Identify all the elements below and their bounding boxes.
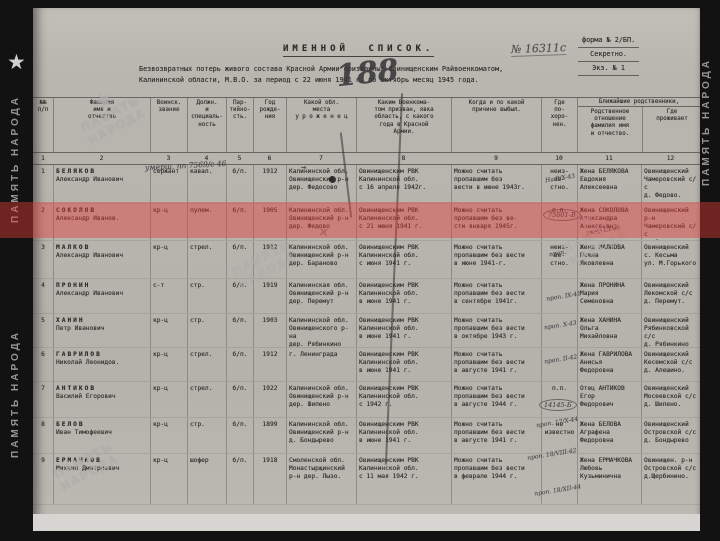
handwritten-field-post-number: 14145-Б (539, 399, 577, 411)
cell-birth-year: 1899 (253, 418, 286, 453)
cell-burial: неиз- ве- стно. (541, 241, 577, 278)
cell-surname: МАЛКОВ (56, 244, 148, 252)
cell-surname: АНТИКОВ (56, 385, 148, 393)
pamyat-naroda-star-icon: ★ (7, 50, 26, 74)
cell-birth-year: 1918 (253, 454, 286, 504)
cell-given-name: Александр Иванович (56, 290, 123, 297)
cell-surname: ЕРМАЧКОВ (56, 457, 148, 465)
col-header-duty: Должн. и специаль- ность (187, 98, 226, 152)
document-title: ИМЕННОЙ СПИСОК. (283, 44, 434, 57)
col-header-relative: Родственное отношение фамилия имя и отче… (578, 107, 642, 152)
cell-surname: СОКОЛОВ (56, 207, 148, 215)
col-header-rank: Воинск. звание (150, 98, 187, 152)
col-header-birthplace: Какой обл. места у р о ж е н е ц (286, 98, 356, 152)
relatives-group-header: Ближайшие родственники, (578, 98, 700, 107)
cell-residence: Овинищенский Чамеровский с/с д. Федово. (641, 165, 700, 203)
cell-duty: стрел. (187, 241, 226, 278)
cell-name: ГАВРИЛОВНиколай Леонидов. (53, 348, 150, 381)
cell-fate: Можно считать пропавшим без вести в сент… (451, 279, 541, 313)
cell-duty: кавал. (187, 165, 226, 203)
col-num: 11 (577, 153, 641, 164)
col-num: 6 (253, 153, 286, 164)
cell-residence: Овинищен. р-н Островской с/с д.Щербинино… (641, 454, 700, 504)
cell-party: б/п. (226, 204, 253, 240)
cell-residence: Овинищенский Рябинковской с/с д. Рябинки… (641, 314, 700, 347)
cell-duty: стр. (187, 418, 226, 453)
cell-rank: кр-ц (150, 204, 187, 240)
table-row: 8 БЕЛОВИван Тимофеевич кр-ц стр. б/п. 18… (33, 418, 700, 454)
cell-rank: кр-ц (150, 348, 187, 381)
cell-given-name: Александр Иванович (56, 176, 123, 183)
table-body: 1 БЕЛЯКОВАлександр Иванович сержант кава… (33, 165, 700, 505)
cell-birthplace: Калининской обл. Овинищенского р-на дер.… (286, 314, 356, 347)
cell-rank: кр-ц (150, 314, 187, 347)
frame-watermark-left-top: ПАМЯТЬ НАРОДА (10, 95, 21, 223)
table-row: 2 СОКОЛОВАлександр Иванов. кр-ц пулем. б… (33, 204, 700, 241)
cell-birth-year: 1903 (253, 314, 286, 347)
secrecy-stamp: Секретно. (578, 48, 639, 62)
cell-fate: Можно считать пропавшим без ве- сти янва… (451, 204, 541, 240)
cell-num: 4 (33, 279, 53, 313)
cell-fate: Можно считать пропавшим без вести в авгу… (451, 382, 541, 417)
cell-drafted-by: Овинищенским РВК Калининской обл. с 11 м… (356, 454, 451, 504)
cell-birth-year: 1912 (253, 348, 286, 381)
cell-party: б/п. (226, 382, 253, 417)
cell-drafted-by: Овинищенским РВК Калининской обл. в июне… (356, 348, 451, 381)
cell-relative: Жена ЕРМАЧКОВА Любовь Кузьминична (577, 454, 641, 504)
cell-name: ХАНИНПетр Иванович (53, 314, 150, 347)
col-header-residence: Где проживает (642, 107, 701, 152)
cell-residence: Овинищенский Островской с/с д. Бондырево (641, 418, 700, 453)
cell-name: ПРОНИНАлександр Иванович (53, 279, 150, 313)
cell-given-name: Василий Егорович (56, 393, 116, 400)
cell-given-name: Александр Иванович (56, 252, 123, 259)
cell-given-name: Николай Леонидов. (56, 359, 119, 366)
cell-residence: Овинищенский Лекомской с/с д. Перемут. (641, 279, 700, 313)
cell-surname: ГАВРИЛОВ (56, 351, 148, 359)
cell-num: 5 (33, 314, 53, 347)
cell-birth-year: 1919 (253, 279, 286, 313)
cell-drafted-by: Овинищенским РВК Калининской обл. в июне… (356, 279, 451, 313)
cell-surname: ПРОНИН (56, 282, 148, 290)
cell-name: СОКОЛОВАлександр Иванов. (53, 204, 150, 240)
cell-drafted-by: Овинищенским РВК Калининской обл. с 1942… (356, 382, 451, 417)
cell-given-name: Петр Иванович (56, 325, 104, 332)
pencil-arrow-mark: → (301, 163, 306, 173)
cell-birth-year: 1922 (253, 382, 286, 417)
table-header-row: №№ п/п Фамилия имя и отчество Воинск. зв… (33, 98, 700, 153)
cell-num: 8 (33, 418, 53, 453)
cell-relative: Жена ГАВРИЛОВА Анисья Федоровна (577, 348, 641, 381)
cell-fate: Можно считать пропавшим без вести в июне… (451, 165, 541, 203)
cell-rank: кр-ц (150, 418, 187, 453)
table-row: 4 ПРОНИНАлександр Иванович с-т стр. б/п.… (33, 279, 700, 314)
handwritten-page-number: 188 (334, 53, 400, 94)
cell-party: б/п. (226, 165, 253, 203)
cell-fate: Можно считать пропавшим без вести в авгу… (451, 418, 541, 453)
cell-party: б/п. (226, 454, 253, 504)
cell-num: 2 (33, 204, 53, 240)
cell-relative: Жена БЕЛОВА Аграфена Федоровна (577, 418, 641, 453)
handwritten-registration-number: № 16311с (511, 41, 567, 57)
cell-birthplace: Калининской обл. Овинищенский р-н дер. Б… (286, 241, 356, 278)
cell-birthplace: Калининской обл. Овинищенский р-н д. Бон… (286, 418, 356, 453)
col-header-num: №№ п/п (33, 98, 53, 152)
cell-birthplace: Смоленской обл. Монастырщинский р-н дер.… (286, 454, 356, 504)
cell-duty: стрел. (187, 348, 226, 381)
cell-party: б/п. (226, 348, 253, 381)
cell-relative: Жена БЕЛЯКОВА Евдокия Алексеевна (577, 165, 641, 203)
cell-drafted-by: Овинищенским РВК Калининской обл. в июне… (356, 418, 451, 453)
cell-birth-year: 1905 (253, 204, 286, 240)
cell-name: ЕРМАЧКОВМихаил Дмитриевич (53, 454, 150, 504)
table-row: 1 БЕЛЯКОВАлександр Иванович сержант кава… (33, 165, 700, 204)
document-viewer: ★ ПАМЯТЬ НАРОДА ПАМЯТЬ НАРОДА ПАМЯТЬ НАР… (0, 0, 720, 541)
casualty-table: №№ п/п Фамилия имя и отчество Воинск. зв… (33, 97, 700, 505)
cell-name: БЕЛОВИван Тимофеевич (53, 418, 150, 453)
cell-duty: стрел. (187, 382, 226, 417)
frame-watermark-right: ПАМЯТЬ НАРОДА (701, 58, 712, 186)
cell-party: б/п. (226, 241, 253, 278)
cell-birthplace: г. Ленинграда (286, 348, 356, 381)
cell-surname: ХАНИН (56, 317, 148, 325)
cell-party: б/п. (226, 279, 253, 313)
cell-relative: Жена МАЛКОВА Павла Яковлевна (577, 241, 641, 278)
cell-relative: Жена ПРОНИНА Мария Семеновна (577, 279, 641, 313)
handwritten-field-post-number: 75601-В (543, 209, 581, 221)
cell-birth-year: 1912 (253, 241, 286, 278)
col-num: 2 (53, 153, 150, 164)
column-numbers-row: 1 2 3 4 5 6 7 8 9 10 11 12 (33, 153, 700, 165)
cell-duty: шофер (187, 454, 226, 504)
cell-drafted-by: Овинищенским РВК Калининской обл. с 16 а… (356, 165, 451, 203)
col-num: 12 (641, 153, 700, 164)
col-num: 10 (541, 153, 577, 164)
col-group-relatives: Ближайшие родственники, Родственное отно… (577, 98, 700, 152)
cell-residence: Овинищенский Мосеевской с/с д. Шипено. (641, 382, 700, 417)
cell-given-name: Александр Иванов. (56, 215, 119, 222)
col-header-name: Фамилия имя и отчество (53, 98, 150, 152)
cell-relative: Отец АНТИКОВ Егор Федорович (577, 382, 641, 417)
cell-relative: Жена ХАНИНА Ольга Михайловна (577, 314, 641, 347)
col-num: 8 (356, 153, 451, 164)
table-row: 5 ХАНИНПетр Иванович кр-ц стр. б/п. 1903… (33, 314, 700, 348)
cell-name: БЕЛЯКОВАлександр Иванович (53, 165, 150, 203)
table-row: 3 МАЛКОВАлександр Иванович кр-ц стрел. б… (33, 241, 700, 279)
table-row: 9 ЕРМАЧКОВМихаил Дмитриевич кр-ц шофер б… (33, 454, 700, 505)
cell-fate: Можно считать пропавшим без вести в авгу… (451, 348, 541, 381)
table-row: 7 АНТИКОВВасилий Егорович кр-ц стрел. б/… (33, 382, 700, 418)
form-stamp: форма № 2/БП. (578, 34, 639, 48)
cell-burial (541, 454, 577, 504)
cell-surname: БЕЛОВ (56, 421, 148, 429)
cell-given-name: Иван Тимофеевич (56, 429, 112, 436)
cell-drafted-by: Овинищенским РВК Калининской обл. с 21 и… (356, 204, 451, 240)
col-header-party: Пар- тийно- сть. (226, 98, 253, 152)
table-row: 6 ГАВРИЛОВНиколай Леонидов. кр-ц стрел. … (33, 348, 700, 382)
col-header-fate: Когда и по какой причине выбыл. (451, 98, 541, 152)
cell-drafted-by: Овинищенским РВК Калининской обл. с июня… (356, 241, 451, 278)
pencil-dot-mark (329, 176, 336, 183)
cell-birth-year: 1912 (253, 165, 286, 203)
cell-party: б/п. (226, 418, 253, 453)
col-header-burial: Где по- хоро- нен. (541, 98, 577, 152)
col-num: 9 (451, 153, 541, 164)
cell-given-name: Михаил Дмитриевич (56, 465, 119, 472)
cell-num: 1 (33, 165, 53, 203)
cell-rank: кр-ц (150, 241, 187, 278)
cell-name: АНТИКОВВасилий Егорович (53, 382, 150, 417)
cell-party: б/п. (226, 314, 253, 347)
cell-residence: Овинищенский с. Кесьма ул. М.Горького (641, 241, 700, 278)
cell-name: МАЛКОВАлександр Иванович (53, 241, 150, 278)
cell-num: 9 (33, 454, 53, 504)
cell-drafted-by: Овинищенским РВК Калининской обл. в июне… (356, 314, 451, 347)
cell-rank: кр-ц (150, 454, 187, 504)
cell-surname: БЕЛЯКОВ (56, 168, 148, 176)
cell-fate: Можно считать пропавшим без вести в октя… (451, 314, 541, 347)
cell-duty: стр. (187, 314, 226, 347)
cell-residence: Овинищенский р-н Чамеровский с/с д. Федо… (641, 204, 700, 240)
cell-num: 6 (33, 348, 53, 381)
cell-birthplace: Калининской обл. Овинищенский р-н дер. Ш… (286, 382, 356, 417)
cell-duty: стр. (187, 279, 226, 313)
cell-rank: с-т (150, 279, 187, 313)
scanned-document-page[interactable]: форма № 2/БП. Секретно. Экз. № 1 ИМЕННОЙ… (33, 8, 700, 531)
cell-rank: кр-ц (150, 382, 187, 417)
cell-birthplace: Калининская обл. Овинищенский р-н дер. П… (286, 279, 356, 313)
col-header-drafted: Каким Военкома- том призван, явка област… (356, 98, 451, 152)
col-num: 1 (33, 153, 53, 164)
cell-fate: Можно считать пропавшим без вести в июне… (451, 241, 541, 278)
cell-residence: Овинищенский Кесемской с/с д. Алешино. (641, 348, 700, 381)
cell-num: 7 (33, 382, 53, 417)
frame-watermark-left-bottom: ПАМЯТЬ НАРОДА (10, 330, 21, 458)
cell-duty: пулем. (187, 204, 226, 240)
col-header-born: Год рожде- ния (253, 98, 286, 152)
cell-num: 3 (33, 241, 53, 278)
col-num: 5 (226, 153, 253, 164)
